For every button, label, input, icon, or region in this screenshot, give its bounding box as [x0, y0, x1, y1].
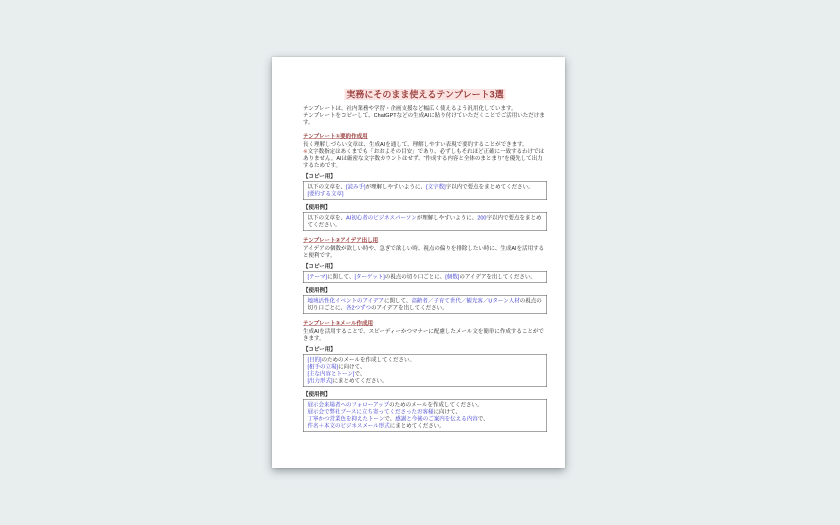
- text-line: アイデアの個数が欲しい時や、急ぎで欲しい時、視点の偏りを排除したい時に、生成AI…: [303, 245, 547, 259]
- desktop-background: { "colors": { "bg": "#e8edee", "paper": …: [0, 0, 840, 525]
- blue-text-segment: [テーマ]: [308, 274, 328, 280]
- blue-text-segment: 地域活性化イベントのアイデア: [308, 298, 385, 304]
- usage-label: 【使用例】: [303, 391, 547, 398]
- template-section: テンプレート③メール作成用 生成AIを活用することで、スピーディーかつマナーに配…: [303, 319, 547, 432]
- blue-text-segment: 展示会で弊社ブースに立ち寄ってくださったお客様: [308, 409, 434, 415]
- text-line: 地域活性化イベントのアイデアに関して、高齢者／子育て世代／観光客／Uターン人材の…: [308, 298, 543, 312]
- blue-text-segment: [個数]: [445, 274, 459, 280]
- text-segment: のためのメールを作成してください。: [389, 402, 482, 408]
- blue-text-segment: 丁寧かつ営業色を抑えたトーン: [308, 416, 385, 422]
- text-segment: で、: [478, 416, 489, 422]
- blue-text-segment: 高齢者／子育て世代／観光客／Uターン人材: [411, 298, 519, 304]
- text-line: 展示会来場者へのフォローアップのためのメールを作成してください。: [308, 402, 543, 409]
- text-segment: のアイデアを出してください。: [371, 305, 448, 311]
- usage-label: 【使用例】: [303, 204, 547, 211]
- blue-text-segment: [出力形式]: [308, 378, 333, 384]
- copy-label: 【コピー用】: [303, 346, 547, 353]
- text-segment: 以下の文章を、: [308, 215, 347, 221]
- section-description: 長く理解しづらい文章は、生成AIを通して、理解しやすい表現で要約することができま…: [303, 141, 547, 169]
- text-segment: に向けて、: [338, 364, 365, 370]
- text-segment: の視点の切り口ごとに、: [385, 274, 446, 280]
- blue-text-segment: 感謝と今後のご案内を伝える内容: [395, 416, 478, 422]
- section-description: 生成AIを活用することで、スピーディーかつマナーに配慮したメール文を簡単に作成す…: [303, 328, 547, 342]
- text-segment: 以下の文章を、: [308, 184, 347, 190]
- text-segment: 字以内で要点をまとめてください。: [446, 184, 534, 190]
- text-line: [相手の立場]に向けて、: [308, 364, 543, 371]
- blue-text-segment: 各2つずつ: [346, 305, 371, 311]
- copy-label: 【コピー用】: [303, 263, 547, 270]
- copy-label: 【コピー用】: [303, 173, 547, 180]
- text-line: ※文字数指定はあくまでも「おおよその目安」であり、必ずしもそれほど正確に一致する…: [303, 148, 547, 169]
- text-line: [主な内容とトーン]で、: [308, 371, 543, 378]
- text-segment: で、: [354, 371, 365, 377]
- blue-text-segment: [読み手]: [346, 184, 366, 190]
- usage-example-box: 地域活性化イベントのアイデアに関して、高齢者／子育て世代／観光客／Uターン人材の…: [303, 295, 547, 314]
- text-line: [要約する文章]: [308, 191, 543, 198]
- page-title: 実務にそのまま使えるテンプレート3選: [303, 88, 547, 101]
- document-page: 実務にそのまま使えるテンプレート3選 テンプレートは、社内業務や学習・企画支援な…: [272, 57, 565, 468]
- text-line: 生成AIを活用することで、スピーディーかつマナーに配慮したメール文を簡単に作成す…: [303, 328, 547, 342]
- text-line: [テーマ]に関して、[ターゲット]の視点の切り口ごとに、[個数]のアイデアを出し…: [308, 274, 543, 281]
- text-line: [出力形式]にまとめてください。: [308, 378, 543, 385]
- text-line: [目的]のためのメールを作成してください。: [308, 357, 543, 364]
- text-segment: 文字数指定はあくまでも「おおよその目安」であり、必ずしもそれほど正確に一致するわ…: [303, 149, 544, 169]
- text-segment: テンプレートは、社内業務や学習・企画支援など幅広く使えるよう汎用化しています。: [303, 106, 517, 112]
- copy-prompt-box: [目的]のためのメールを作成してください。[相手の立場]に向けて、[主な内容とト…: [303, 354, 547, 387]
- blue-text-segment: [主な内容とトーン]: [308, 371, 355, 377]
- intro-paragraph: テンプレートは、社内業務や学習・企画支援など幅広く使えるよう汎用化しています。テ…: [303, 105, 547, 126]
- blue-text-segment: [要約する文章]: [308, 191, 344, 197]
- text-segment: アイデアの個数が欲しい時や、急ぎで欲しい時、視点の偏りを排除したい時に、生成AI…: [303, 246, 544, 259]
- template-section: テンプレート①要約作成用 長く理解しづらい文章は、生成AIを通して、理解しやすい…: [303, 132, 547, 231]
- text-segment: にまとめてください。: [390, 423, 445, 429]
- blue-text-segment: [目的]: [308, 357, 322, 363]
- blue-text-segment: 展示会来場者へのフォローアップ: [308, 402, 390, 408]
- section-heading: テンプレート①要約作成用: [303, 132, 547, 141]
- blue-text-segment: 200: [477, 215, 486, 221]
- text-segment: が理解しやすいように、: [417, 215, 478, 221]
- text-line: 展示会で弊社ブースに立ち寄ってくださったお客様に向けて、: [308, 409, 543, 416]
- blue-text-segment: AI初心者のビジネスパーソン: [346, 215, 417, 221]
- text-segment: にまとめてください。: [333, 378, 388, 384]
- usage-label: 【使用例】: [303, 287, 547, 294]
- text-segment: に関して、: [384, 298, 411, 304]
- section-heading: テンプレート②アイデア出し用: [303, 236, 547, 245]
- text-line: テンプレートは、社内業務や学習・企画支援など幅広く使えるよう汎用化しています。: [303, 105, 547, 112]
- text-segment: 長く理解しづらい文章は、生成AIを通して、理解しやすい表現で要約することができま…: [303, 142, 528, 148]
- title-highlight: 実務にそのまま使えるテンプレート3選: [344, 89, 505, 100]
- document-content: 実務にそのまま使えるテンプレート3選 テンプレートは、社内業務や学習・企画支援な…: [303, 88, 547, 432]
- blue-text-segment: [相手の立場]: [308, 364, 339, 370]
- copy-prompt-box: 以下の文章を、[読み手]が理解しやすいように、[文字数]字以内で要点をまとめてく…: [303, 181, 547, 200]
- text-line: 件名＋本文のビジネスメール形式にまとめてください。: [308, 423, 543, 430]
- text-segment: のアイデアを出してください。: [459, 274, 536, 280]
- text-line: 丁寧かつ営業色を抑えたトーンで、感謝と今後のご案内を伝える内容で、: [308, 416, 543, 423]
- usage-example-box: 以下の文章を、AI初心者のビジネスパーソンが理解しやすいように、200字以内で要…: [303, 212, 547, 231]
- section-description: アイデアの個数が欲しい時や、急ぎで欲しい時、視点の偏りを排除したい時に、生成AI…: [303, 245, 547, 259]
- text-segment: テンプレートをコピーして、ChatGPTなどの生成AIに貼り付けていただくことで…: [303, 113, 545, 126]
- text-line: テンプレートをコピーして、ChatGPTなどの生成AIに貼り付けていただくことで…: [303, 112, 547, 126]
- section-heading: テンプレート③メール作成用: [303, 319, 547, 328]
- text-segment: が理解しやすいように、: [366, 184, 427, 190]
- copy-prompt-box: [テーマ]に関して、[ターゲット]の視点の切り口ごとに、[個数]のアイデアを出し…: [303, 271, 547, 283]
- blue-text-segment: 件名＋本文のビジネスメール形式: [308, 423, 390, 429]
- blue-text-segment: [ターゲット]: [354, 274, 384, 280]
- usage-example-box: 展示会来場者へのフォローアップのためのメールを作成してください。展示会で弊社ブー…: [303, 399, 547, 432]
- document-preview: 実務にそのまま使えるテンプレート3選 テンプレートは、社内業務や学習・企画支援な…: [272, 57, 565, 468]
- text-line: 長く理解しづらい文章は、生成AIを通して、理解しやすい表現で要約することができま…: [303, 141, 547, 148]
- template-sections: テンプレート①要約作成用 長く理解しづらい文章は、生成AIを通して、理解しやすい…: [303, 132, 547, 432]
- text-segment: に向けて、: [434, 409, 461, 415]
- text-segment: に関して、: [327, 274, 354, 280]
- text-segment: で、: [384, 416, 395, 422]
- text-line: 以下の文章を、[読み手]が理解しやすいように、[文字数]字以内で要点をまとめてく…: [308, 184, 543, 191]
- text-segment: のためのメールを作成してください。: [322, 357, 415, 363]
- blue-text-segment: [文字数]: [426, 184, 446, 190]
- text-line: 以下の文章を、AI初心者のビジネスパーソンが理解しやすいように、200字以内で要…: [308, 215, 543, 229]
- template-section: テンプレート②アイデア出し用 アイデアの個数が欲しい時や、急ぎで欲しい時、視点の…: [303, 236, 547, 314]
- text-segment: 生成AIを活用することで、スピーディーかつマナーに配慮したメール文を簡単に作成す…: [303, 329, 544, 342]
